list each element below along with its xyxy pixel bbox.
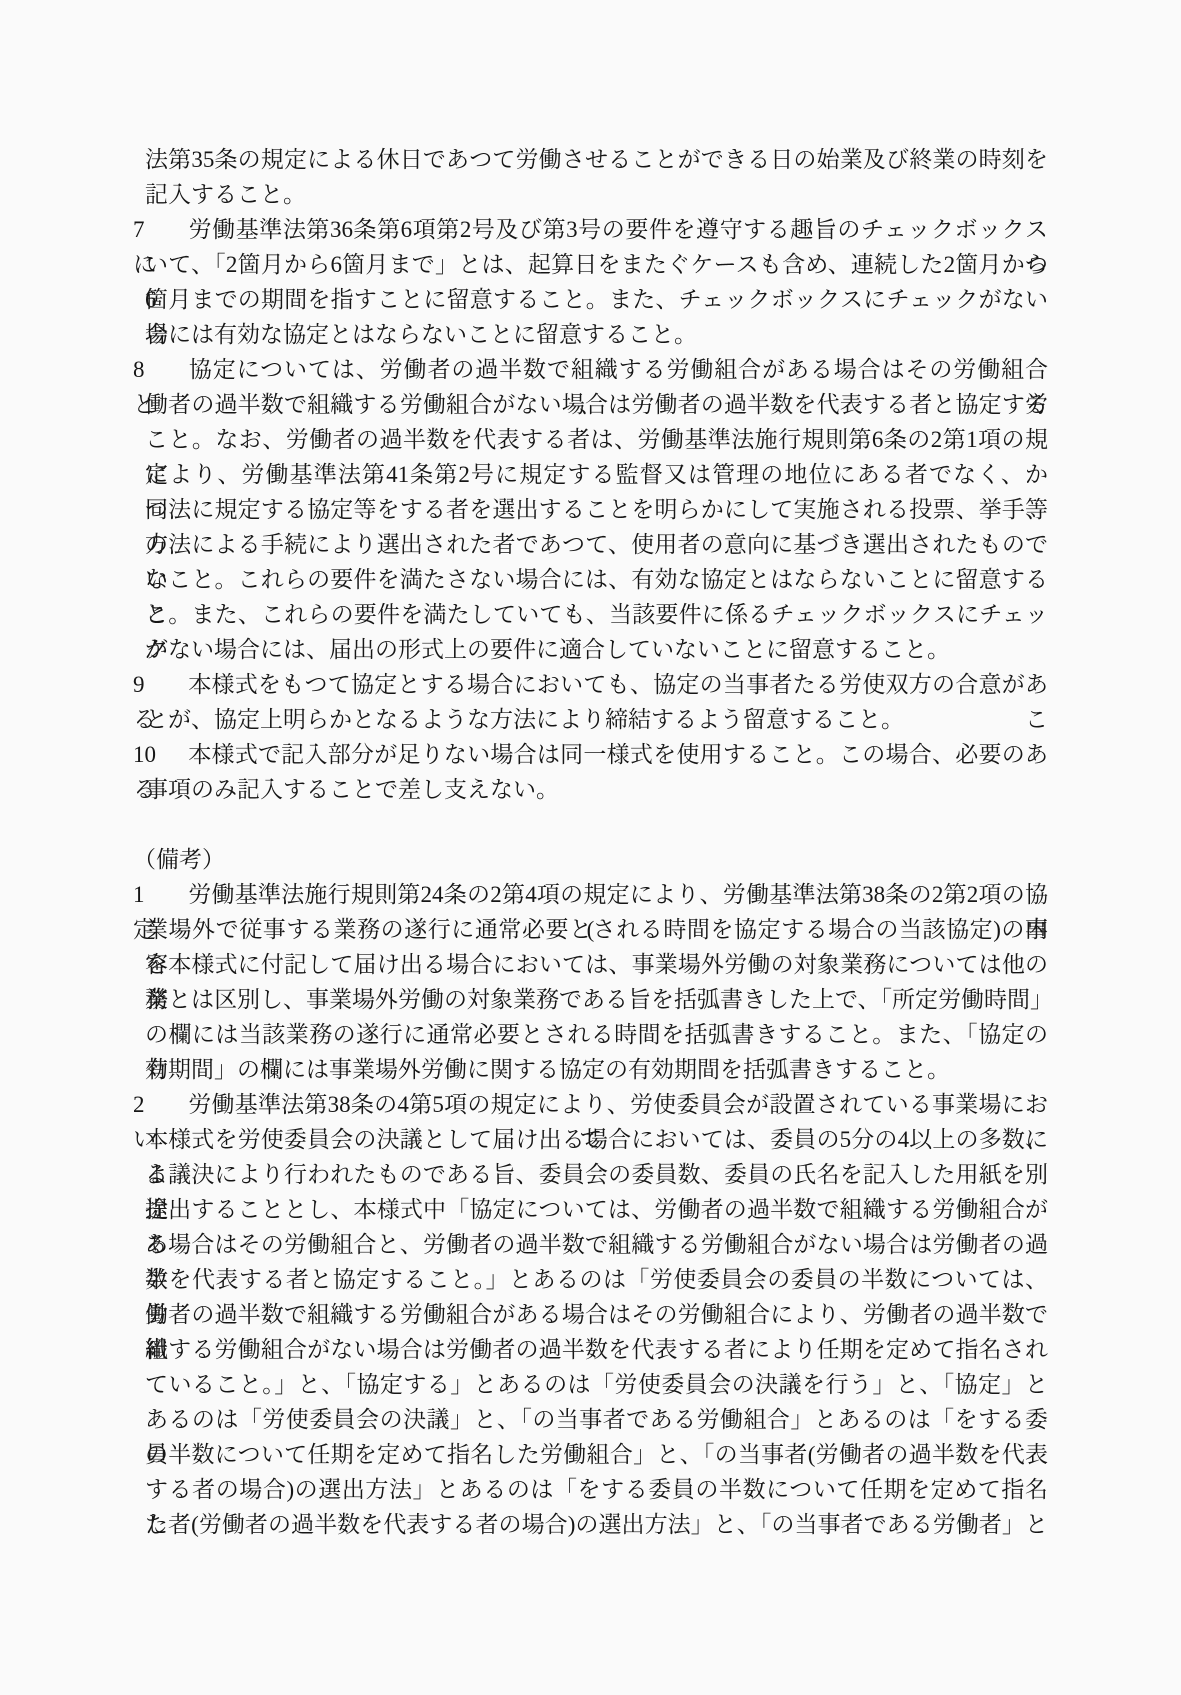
line-text: 効期間」の欄には事業場外労働に関する協定の有効期間を括弧書きすること。 — [145, 1057, 950, 1082]
line-text: た者(労働者の過半数を代表する者の場合)の選出方法」と、「の当事者である労働者」… — [145, 1512, 1048, 1537]
note-item-9-line: 9本様式をもつて協定とする場合においても、協定の当事者たる労使双方の合意があるこ — [133, 667, 1048, 702]
text-line: 提出することとし、本様式中「協定については、労働者の過半数で組織する労働組合があ — [145, 1192, 1048, 1227]
line-text: の半数について任期を定めて指名した労働組合」と、「の当事者(労働者の過半数を代表 — [145, 1442, 1048, 1467]
line-text: 事項のみ記入することで差し支えない。 — [145, 777, 559, 802]
line-text: 記入すること。 — [145, 182, 306, 207]
text-line: る議決により行われたものである旨、委員会の委員数、委員の氏名を記入した用紙を別途 — [145, 1157, 1048, 1192]
line-text: （備考） — [133, 847, 225, 872]
document-page: 法第35条の規定による休日であつて労働させることができる日の始業及び終業の時刻を… — [0, 0, 1181, 1695]
remark-item-1-line: 1労働基準法施行規則第24条の2第4項の規定により、労働基準法第38条の2第2項… — [133, 877, 1048, 912]
item-number: 10 — [133, 737, 188, 772]
text-line: により、労働基準法第41条第2号に規定する監督又は管理の地位にある者でなく、かつ… — [145, 457, 1048, 492]
text-line: いて、「2箇月から6箇月まで」とは、起算日をまたぐケースも含め、連続した2箇月か… — [145, 247, 1048, 282]
text-line: 法第35条の規定による休日であつて労働させることができる日の始業及び終業の時刻を — [145, 142, 1048, 177]
notes-text-block: 法第35条の規定による休日であつて労働させることができる日の始業及び終業の時刻を… — [145, 142, 1048, 1542]
text-line: と。また、これらの要件を満たしていても、当該要件に係るチェックボックスにチェック — [145, 597, 1048, 632]
line-text: がない場合には、届出の形式上の要件に適合していないことに留意すること。 — [145, 637, 950, 662]
text-line: 合には有効な協定とはならないことに留意すること。 — [145, 317, 1048, 352]
text-line: いこと。これらの要件を満たさない場合には、有効な協定とはならないことに留意するこ — [145, 562, 1048, 597]
text-line: を本様式に付記して届け出る場合においては、事業場外労働の対象業務については他の業 — [145, 947, 1048, 982]
text-line: 箇月までの期間を指すことに留意すること。また、チェックボックスにチェックがない場 — [145, 282, 1048, 317]
line-text: 務とは区別し、事業場外労働の対象業務である旨を括弧書きした上で、「所定労働時間」 — [145, 987, 1053, 1012]
remark-item-2-line: 2労働基準法第38条の4第5項の規定により、労使委員会が設置されている事業場にお… — [133, 1087, 1048, 1122]
line-text: とが、協定上明らかとなるような方法により締結するよう留意すること。 — [145, 707, 904, 732]
text-line: 織する労働組合がない場合は労働者の過半数を代表する者により任期を定めて指名され — [145, 1332, 1048, 1367]
line-text: 合には有効な協定とはならないことに留意すること。 — [145, 322, 697, 347]
text-line: の半数について任期を定めて指名した労働組合」と、「の当事者(労働者の過半数を代表 — [145, 1437, 1048, 1472]
text-line: 効期間」の欄には事業場外労働に関する協定の有効期間を括弧書きすること。 — [145, 1052, 1048, 1087]
text-line: 働者の過半数で組織する労働組合がある場合はその労働組合により、労働者の過半数で組 — [145, 1297, 1048, 1332]
text-line: あるのは「労使委員会の決議」と、「の当事者である労働組合」とあるのは「をする委員 — [145, 1402, 1048, 1437]
text-line: 同法に規定する協定等をする者を選出することを明らかにして実施される投票、挙手等の — [145, 492, 1048, 527]
text-line: 働者の過半数で組織する労働組合がない場合は労働者の過半数を代表する者と協定する — [145, 387, 1048, 422]
text-line: 本様式を労使委員会の決議として届け出る場合においては、委員の5分の4以上の多数に… — [145, 1122, 1048, 1157]
text-line: 方法による手続により選出された者であつて、使用者の意向に基づき選出されたものでな — [145, 527, 1048, 562]
remarks-heading: （備考） — [133, 842, 1048, 877]
line-text: 法第35条の規定による休日であつて労働させることができる日の始業及び終業の時刻を — [145, 147, 1048, 172]
text-line: 務とは区別し、事業場外労働の対象業務である旨を括弧書きした上で、「所定労働時間」 — [145, 982, 1048, 1017]
text-line: 数を代表する者と協定すること。」とあるのは「労使委員会の委員の半数については、労 — [145, 1262, 1048, 1297]
note-item-10-line: 10本様式で記入部分が足りない場合は同一様式を使用すること。この場合、必要のある — [133, 737, 1048, 772]
text-line: た者(労働者の過半数を代表する者の場合)の選出方法」と、「の当事者である労働者」… — [145, 1507, 1048, 1542]
item-number: 2 — [133, 1087, 188, 1122]
text-line: る場合はその労働組合と、労働者の過半数で組織する労働組合がない場合は労働者の過半 — [145, 1227, 1048, 1262]
line-text: 織する労働組合がない場合は労働者の過半数を代表する者により任期を定めて指名され — [145, 1337, 1048, 1362]
item-number: 1 — [133, 877, 188, 912]
text-line: 事項のみ記入することで差し支えない。 — [145, 772, 1048, 807]
blank-line — [145, 807, 1048, 842]
item-number: 8 — [133, 352, 188, 387]
note-item-7-line: 7労働基準法第36条第6項第2号及び第3号の要件を遵守する趣旨のチェックボックス… — [133, 212, 1048, 247]
text-line: 記入すること。 — [145, 177, 1048, 212]
text-line: がない場合には、届出の形式上の要件に適合していないことに留意すること。 — [145, 632, 1048, 667]
text-line: 業場外で従事する業務の遂行に通常必要とされる時間を協定する場合の当該協定)の内容 — [145, 912, 1048, 947]
text-line: こと。なお、労働者の過半数を代表する者は、労働基準法施行規則第6条の2第1項の規… — [145, 422, 1048, 457]
item-number: 7 — [133, 212, 188, 247]
line-text: 働者の過半数で組織する労働組合がない場合は労働者の過半数を代表する者と協定する — [145, 392, 1048, 417]
text-line: の欄には当該業務の遂行に通常必要とされる時間を括弧書きすること。また、「協定の有 — [145, 1017, 1048, 1052]
item-number: 9 — [133, 667, 188, 702]
line-text: ていること。」と、「協定する」とあるのは「労使委員会の決議を行う」と、「協定」と — [145, 1372, 1048, 1397]
text-line: ていること。」と、「協定する」とあるのは「労使委員会の決議を行う」と、「協定」と — [145, 1367, 1048, 1402]
note-item-8-line: 8協定については、労働者の過半数で組織する労働組合がある場合はその労働組合と、労 — [133, 352, 1048, 387]
text-line: する者の場合)の選出方法」とあるのは「をする委員の半数について任期を定めて指名し — [145, 1472, 1048, 1507]
